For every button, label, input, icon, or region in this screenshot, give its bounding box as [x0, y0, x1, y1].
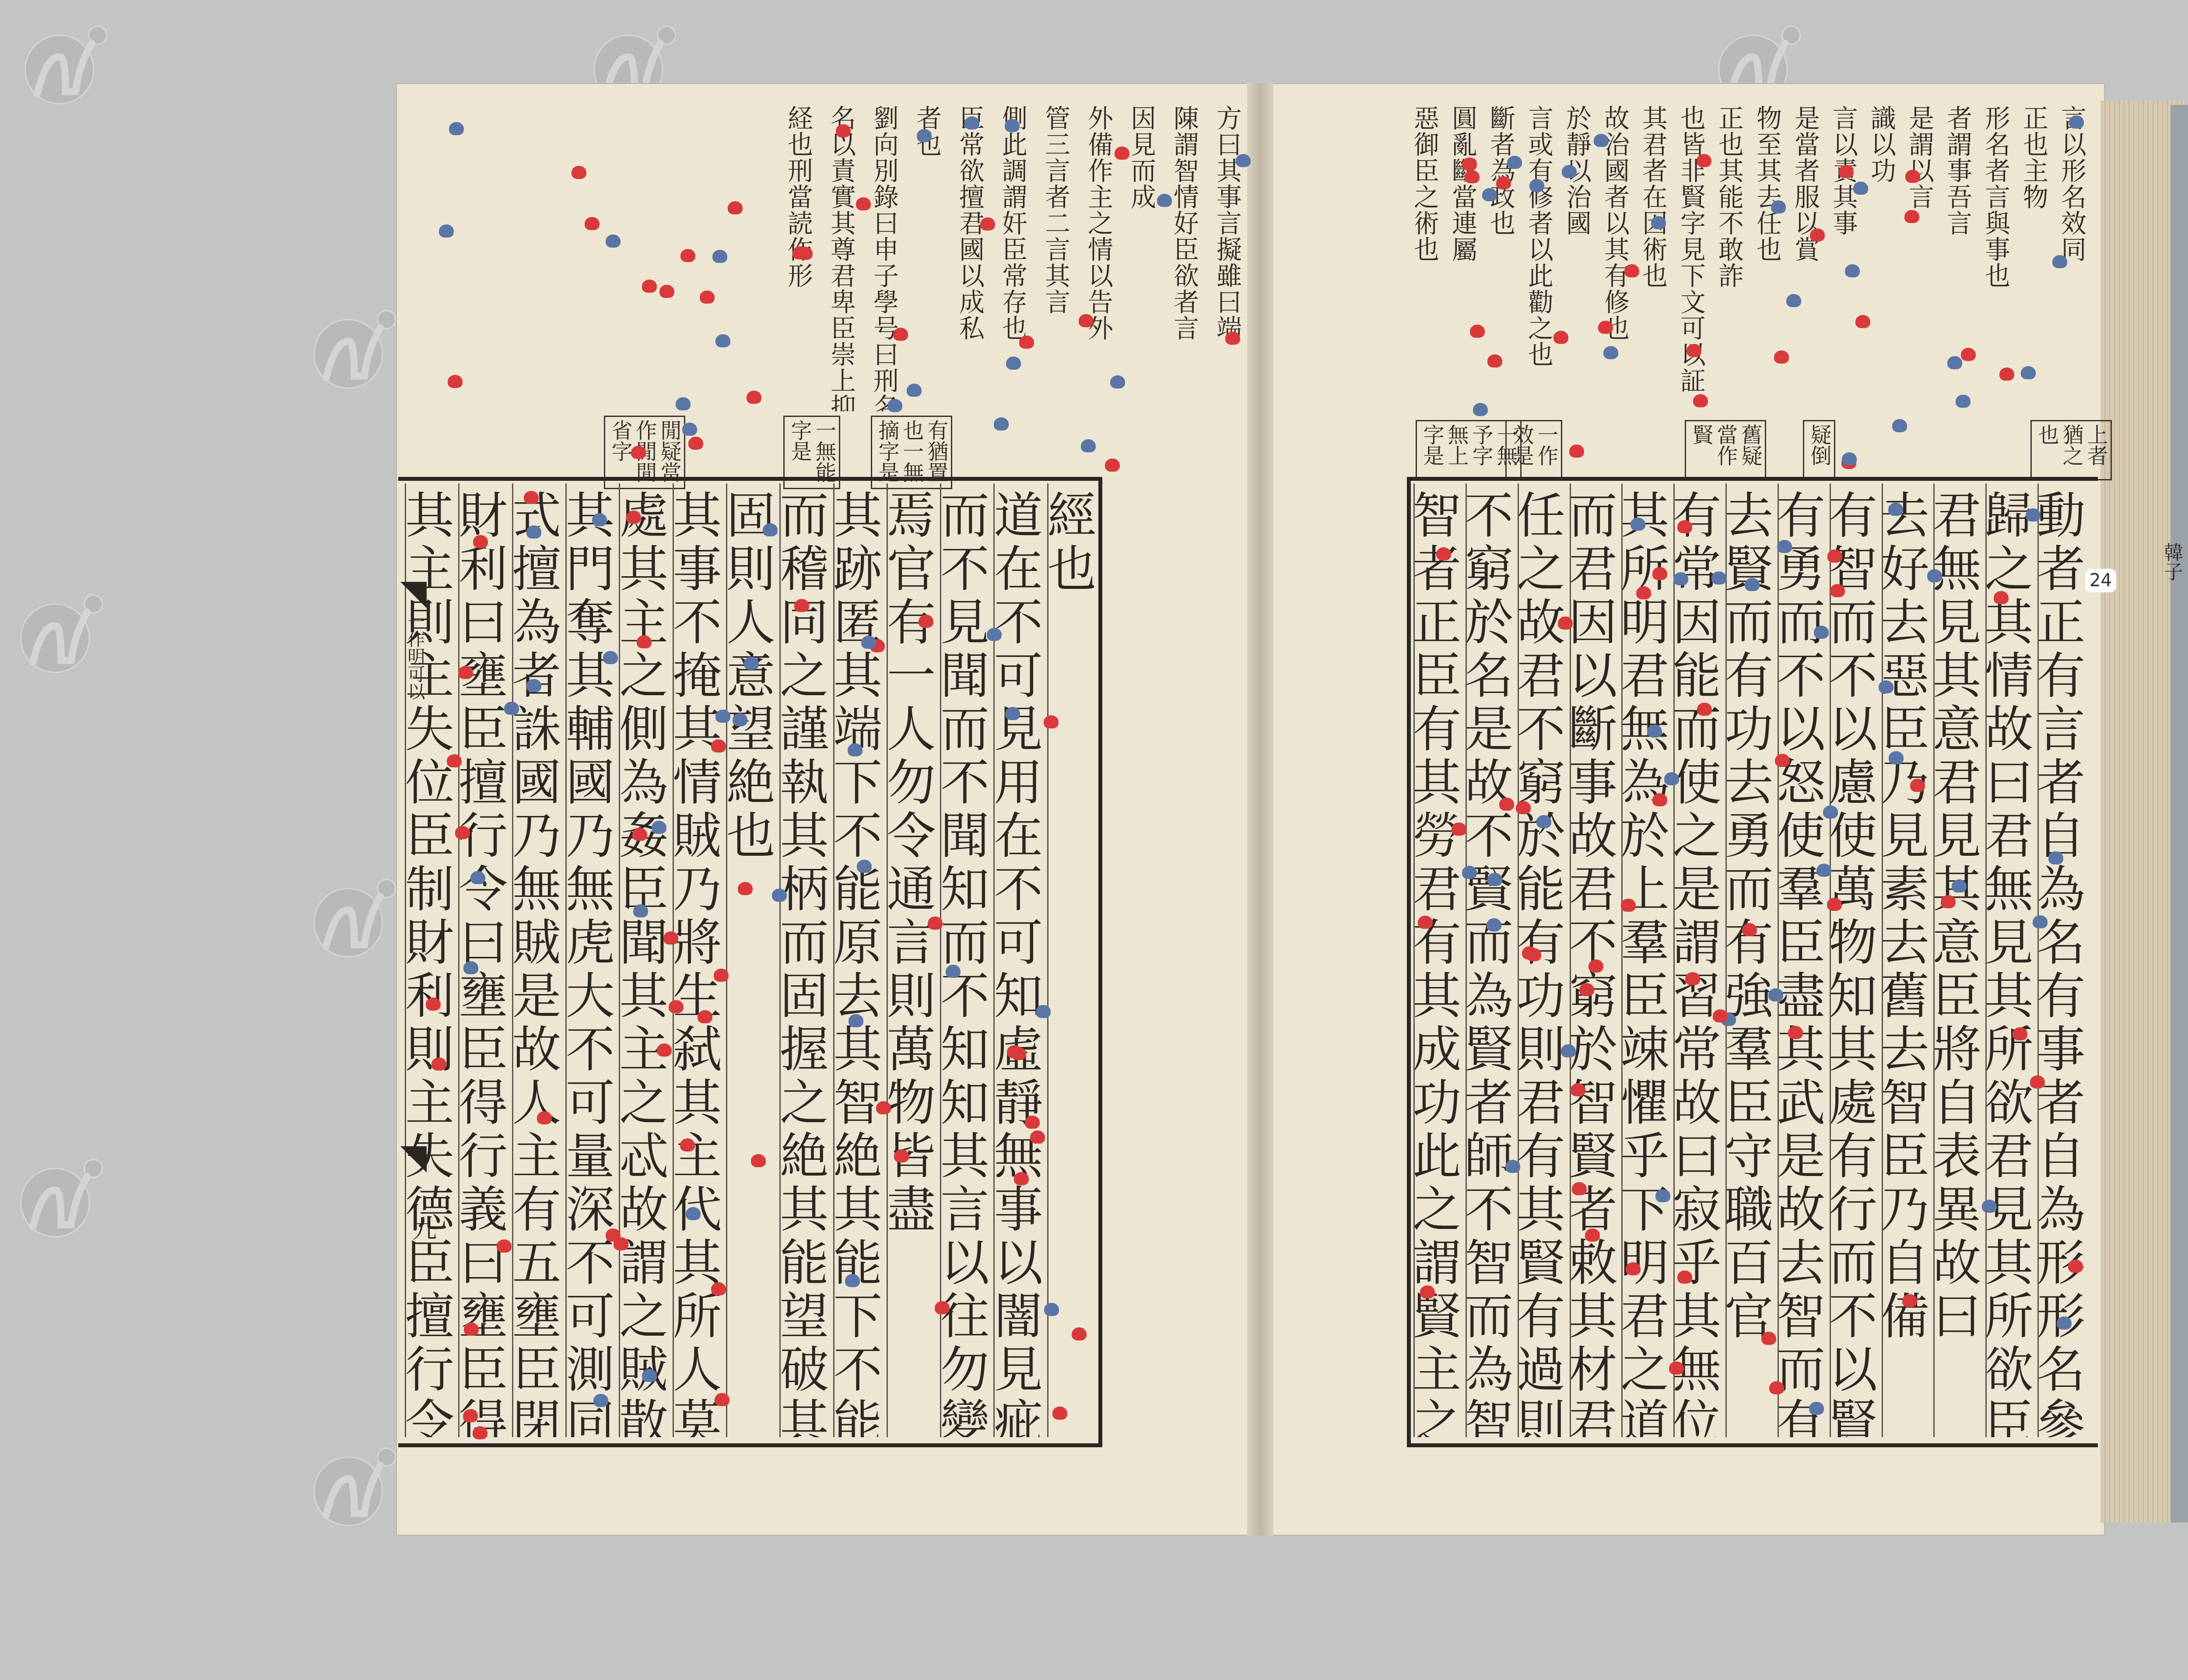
red-punctuation-mark [935, 1301, 950, 1314]
blue-punctuation-mark [1768, 988, 1783, 1001]
red-punctuation-mark [711, 739, 726, 752]
red-punctuation-mark [448, 375, 463, 388]
red-punctuation-mark [1687, 344, 1701, 357]
red-punctuation-mark [1465, 170, 1480, 183]
blue-punctuation-mark [845, 1274, 860, 1287]
main-text-column: 焉官有一人勿令通言則萬物皆盡 [887, 483, 940, 1437]
red-punctuation-mark [792, 246, 807, 259]
red-punctuation-mark [1775, 754, 1790, 767]
red-punctuation-mark [1572, 1182, 1587, 1195]
red-punctuation-mark [1420, 1285, 1435, 1298]
red-punctuation-mark [1994, 591, 2009, 604]
red-punctuation-mark [894, 1149, 909, 1162]
nishogakusha-logo-icon [9, 1146, 109, 1247]
red-punctuation-mark [1418, 916, 1433, 929]
nishogakusha-logo-icon [13, 13, 114, 114]
blue-punctuation-mark [1036, 1005, 1051, 1018]
blue-punctuation-mark [1005, 119, 1020, 132]
red-punctuation-mark [1025, 1116, 1040, 1129]
headnote-column: 劉向別錄曰申子學号曰刑名者 [868, 105, 900, 411]
blue-punctuation-mark [715, 710, 730, 723]
red-punctuation-mark [711, 1282, 726, 1295]
blue-punctuation-mark [763, 523, 778, 536]
main-text-column: 其門奪其輔國乃無虎大不可量深不可測同合刑名審驗法 [565, 483, 619, 1437]
blue-punctuation-mark [1487, 873, 1502, 886]
blue-punctuation-mark [2021, 366, 2036, 379]
red-punctuation-mark [663, 931, 678, 945]
red-punctuation-mark [1636, 586, 1651, 599]
blue-punctuation-mark [1879, 680, 1893, 693]
blue-punctuation-mark [907, 384, 922, 397]
red-punctuation-mark [1436, 547, 1451, 560]
blue-punctuation-mark [887, 399, 902, 412]
red-punctuation-mark [1693, 394, 1708, 407]
blue-punctuation-mark [526, 525, 541, 539]
blue-punctuation-mark [2048, 851, 2063, 864]
blue-punctuation-mark [1110, 375, 1125, 388]
red-punctuation-mark [2030, 1075, 2045, 1088]
main-text-column: 而不見聞而不聞知而不知知其言以往勿變勿更以參合閱 [940, 483, 993, 1437]
blue-punctuation-mark [1809, 1402, 1824, 1415]
headnote-column: 言以責其事 [1832, 105, 1859, 411]
blue-punctuation-mark [449, 122, 464, 135]
red-punctuation-mark [738, 882, 753, 895]
blue-punctuation-mark [652, 821, 666, 834]
red-punctuation-mark [1697, 703, 1712, 716]
red-punctuation-mark [1569, 444, 1584, 458]
blue-punctuation-mark [1562, 165, 1577, 178]
blue-punctuation-mark [592, 513, 607, 526]
blue-punctuation-mark [1236, 154, 1251, 167]
red-punctuation-mark [1105, 458, 1120, 472]
red-punctuation-mark [537, 1111, 552, 1124]
headnote-column: 識以功 [1870, 105, 1897, 411]
blue-punctuation-mark [1630, 518, 1645, 531]
headnote-column: 圓亂斷當連屬 [1452, 105, 1478, 411]
red-punctuation-mark [1079, 314, 1094, 327]
red-punctuation-mark [1585, 1228, 1600, 1242]
red-punctuation-mark [426, 997, 441, 1011]
headnote-column: 惡御臣之術也 [1413, 105, 1440, 411]
blue-punctuation-mark [715, 334, 730, 347]
book-gutter [1247, 83, 1273, 1536]
main-text-column: 道在不可見用在不可知虛靜無事以闇見疵見 [993, 483, 1047, 1437]
blue-punctuation-mark [2033, 915, 2048, 928]
page-number-sticker: 24 [2085, 569, 2116, 592]
boxed-note: 一作效是 [1505, 420, 1562, 480]
red-punctuation-mark [1652, 567, 1667, 580]
red-punctuation-mark [1902, 1294, 1917, 1307]
blue-punctuation-mark [1888, 503, 1903, 516]
headnote-column: 方曰其事言擬雖曰端 [1211, 105, 1243, 411]
red-punctuation-mark [1761, 1332, 1776, 1345]
red-punctuation-mark [1827, 549, 1842, 563]
blue-punctuation-mark [849, 1014, 863, 1027]
blue-punctuation-mark [1777, 540, 1792, 553]
blue-punctuation-mark [593, 1394, 608, 1407]
folio-fishtail-top [400, 582, 427, 608]
blue-punctuation-mark [1157, 194, 1172, 207]
nishogakusha-logo-icon [302, 297, 403, 398]
blue-punctuation-mark [439, 224, 454, 238]
blue-punctuation-mark [642, 1369, 657, 1382]
nishogakusha-logo-icon [302, 1435, 403, 1536]
red-punctuation-mark [1742, 923, 1757, 936]
red-punctuation-mark [1052, 1407, 1067, 1420]
red-punctuation-mark [1810, 228, 1825, 241]
red-punctuation-mark [464, 1323, 479, 1336]
red-punctuation-mark [473, 1426, 487, 1439]
folio-number: 九 [405, 1216, 440, 1241]
blue-punctuation-mark [1814, 626, 1829, 639]
headnote-column: 形名者言與事也 [1985, 105, 2011, 411]
blue-punctuation-mark [463, 961, 478, 974]
main-text-column: 其所明君無為於上羣臣竦懼乎下明君之道使智者盡其慮 [1621, 483, 1673, 1437]
blue-punctuation-mark [1536, 815, 1551, 828]
red-punctuation-mark [1558, 616, 1573, 630]
headnote-column: 者也 [911, 105, 943, 411]
blue-punctuation-mark [1947, 356, 1962, 369]
main-text-column: 財利曰壅臣擅行令曰壅臣得行義曰壅臣得樹人曰壅臣閉 [458, 483, 512, 1437]
red-punctuation-mark [1522, 946, 1537, 959]
headnote-column: 故治國者以其有修也 [1604, 105, 1630, 411]
red-punctuation-mark [928, 917, 943, 930]
red-punctuation-mark [919, 615, 933, 628]
red-punctuation-mark [1115, 147, 1129, 160]
blue-punctuation-mark [1786, 294, 1801, 307]
nishogakusha-logo-icon [9, 582, 109, 682]
red-punctuation-mark [751, 1154, 766, 1167]
blue-punctuation-mark [1842, 452, 1857, 465]
red-punctuation-mark [680, 1138, 695, 1151]
red-punctuation-mark [1499, 798, 1514, 811]
red-punctuation-mark [1014, 1172, 1029, 1185]
main-text-column: 動者正有言者自為名有事者自為形形名參同君乃無事焉 [2037, 483, 2090, 1437]
blue-punctuation-mark [682, 423, 697, 436]
main-text-column: 而稽同之謹執其柄而固握之絶其能望破其意毋使人欲之 [779, 483, 833, 1437]
red-punctuation-mark [2068, 1260, 2083, 1273]
red-punctuation-mark [1961, 348, 1976, 361]
headnote-column: 正也主物 [2023, 105, 2049, 411]
blue-punctuation-mark [712, 250, 727, 263]
blue-punctuation-mark [917, 129, 932, 142]
red-punctuation-mark [1626, 1262, 1641, 1275]
red-punctuation-mark [473, 535, 488, 548]
blue-punctuation-mark [1081, 439, 1096, 452]
blue-punctuation-mark [1561, 1044, 1576, 1057]
headnote-column: 言或有修者以此勸之也 [1528, 105, 1554, 411]
headnote-column: 名以責實其尊君卑臣崇上抑下 [825, 105, 857, 411]
blue-punctuation-mark [1655, 1189, 1670, 1202]
boxed-note: 疑倒 [1803, 420, 1835, 480]
blue-punctuation-mark [1816, 864, 1831, 877]
red-punctuation-mark [728, 201, 743, 214]
blue-punctuation-mark [772, 889, 787, 902]
folio-fishtail-bottom [400, 1146, 427, 1172]
blue-punctuation-mark [1853, 182, 1868, 195]
headnote-column: 因見而成 [1126, 105, 1157, 411]
blue-punctuation-mark [1594, 134, 1609, 147]
headnote-column: 也皆非賢字見下文可以証 [1680, 105, 1707, 411]
red-punctuation-mark [1999, 367, 2014, 381]
red-punctuation-mark [659, 285, 674, 298]
red-punctuation-mark [572, 166, 586, 179]
red-punctuation-mark [463, 1409, 478, 1422]
red-punctuation-mark [669, 1000, 684, 1013]
blue-punctuation-mark [994, 417, 1009, 430]
cover-edge [2170, 105, 2188, 1522]
red-punctuation-mark [2013, 1027, 2027, 1040]
red-punctuation-mark [1788, 1026, 1803, 1039]
blue-punctuation-mark [1952, 879, 1967, 892]
red-punctuation-mark [680, 249, 695, 262]
main-text-column: 固則人意望絶也 [726, 483, 779, 1437]
red-punctuation-mark [856, 197, 871, 210]
blue-punctuation-mark [606, 234, 621, 248]
blue-punctuation-mark [987, 628, 1002, 641]
blue-punctuation-mark [964, 116, 979, 129]
headnote-column: 陳謂智情好臣欲者言 [1168, 105, 1200, 411]
blue-punctuation-mark [1927, 569, 1942, 582]
blue-punctuation-mark [1664, 772, 1679, 785]
red-punctuation-mark [1697, 154, 1711, 167]
red-punctuation-mark [1072, 1327, 1087, 1340]
red-punctuation-mark [585, 217, 600, 230]
red-punctuation-mark [1044, 715, 1059, 728]
red-punctuation-mark [1910, 779, 1925, 792]
left-main-text: 經也道在不可見用在不可知虛靜無事以闇見疵見而不見聞而不聞知而不知知其言以往勿變勿… [405, 483, 1101, 1437]
red-punctuation-mark [632, 828, 647, 841]
blue-punctuation-mark [1647, 724, 1662, 738]
red-punctuation-mark [657, 1043, 672, 1057]
blue-punctuation-mark [603, 651, 618, 664]
red-punctuation-mark [1019, 336, 1034, 349]
headnote-column: 正也其能不敢詐 [1718, 105, 1745, 411]
blue-punctuation-mark [2052, 255, 2067, 268]
red-punctuation-mark [497, 1239, 512, 1253]
right-main-text: 動者正有言者自為名有事者自為形形名參同君乃無事焉歸之其情故曰君無見其所欲君見其所… [1413, 483, 2090, 1437]
red-punctuation-mark [700, 290, 715, 304]
nishogakusha-logo-icon [302, 866, 403, 967]
red-punctuation-mark [614, 1237, 628, 1250]
red-punctuation-mark [1855, 315, 1870, 328]
blue-punctuation-mark [1892, 419, 1907, 432]
blue-punctuation-mark [1956, 395, 1971, 408]
red-punctuation-mark [1487, 354, 1502, 367]
red-punctuation-mark [1769, 1381, 1784, 1394]
blue-punctuation-mark [2026, 508, 2041, 521]
blue-punctuation-mark [504, 702, 519, 715]
red-punctuation-mark [1462, 157, 1477, 171]
blue-punctuation-mark [1889, 751, 1904, 764]
blue-punctuation-mark [1771, 200, 1786, 213]
headnote-column: 是謂以言 [1908, 105, 1935, 411]
blue-punctuation-mark [1982, 1200, 1997, 1213]
main-text-column: 有智而不以慮使萬物知其處有行而不以賢觀臣下之所因 [1830, 483, 1882, 1437]
red-punctuation-mark [1827, 898, 1842, 911]
blue-punctuation-mark [733, 713, 747, 726]
red-punctuation-mark [1713, 1009, 1728, 1022]
blue-punctuation-mark [470, 871, 485, 884]
red-punctuation-mark [1571, 1083, 1585, 1096]
blue-punctuation-mark [2057, 1316, 2072, 1330]
red-punctuation-mark [698, 1010, 712, 1023]
red-punctuation-mark [893, 328, 908, 341]
red-punctuation-mark [1470, 325, 1485, 338]
blue-punctuation-mark [1711, 571, 1726, 584]
blue-punctuation-mark [946, 965, 961, 978]
blue-punctuation-mark [1507, 156, 1522, 169]
blue-punctuation-mark [861, 636, 876, 649]
blue-punctuation-mark [1529, 179, 1544, 192]
blue-punctuation-mark [1487, 918, 1501, 931]
blue-punctuation-mark [633, 904, 648, 917]
red-punctuation-mark [1669, 1361, 1684, 1375]
main-text-column: 君無見其意君見其意臣將自表異故曰 [1933, 483, 1985, 1437]
red-punctuation-mark [631, 446, 646, 459]
red-punctuation-mark [980, 217, 995, 231]
boxed-note: 舊疑當作賢 [1685, 420, 1766, 480]
red-punctuation-mark [637, 635, 652, 648]
margin-variant-note: 一作明可以 [403, 612, 428, 700]
red-punctuation-mark [1941, 895, 1956, 908]
red-punctuation-mark [1774, 350, 1789, 364]
blue-punctuation-mark [857, 860, 872, 873]
edge-title: 韓子 [2157, 542, 2185, 581]
red-punctuation-mark [431, 1057, 446, 1071]
red-punctuation-mark [447, 754, 462, 767]
blue-punctuation-mark [744, 657, 759, 670]
red-punctuation-mark [688, 437, 703, 450]
main-text-column: 不窮於名是故不賢而為賢者師不智而為智者正 [1466, 483, 1518, 1437]
red-punctuation-mark [642, 280, 657, 293]
red-punctuation-mark [1905, 170, 1920, 183]
headnote-column: 臣常欲擅君國以成私 [954, 105, 985, 411]
blue-punctuation-mark [686, 1207, 701, 1220]
red-punctuation-mark [876, 1101, 891, 1114]
red-punctuation-mark [1652, 793, 1667, 806]
headnote-column: 於靜以治國 [1566, 105, 1592, 411]
red-punctuation-mark [1516, 801, 1531, 814]
red-punctuation-mark [1452, 822, 1466, 836]
blue-punctuation-mark [1745, 578, 1760, 591]
blue-punctuation-mark [1005, 707, 1020, 720]
headnote-column: 物至其去任也 [1756, 105, 1783, 411]
main-text-column: 其跡匿其端下不能原去其智絶其能下不能意保吾所以往 [833, 483, 887, 1437]
blue-punctuation-mark [1006, 357, 1021, 370]
red-punctuation-mark [1496, 176, 1511, 189]
boxed-note: 上者猶之也 [2030, 420, 2112, 480]
red-punctuation-mark [747, 391, 761, 404]
main-text-column: 有常因能而使之是謂習常故曰寂乎其無位而處漻乎莫得 [1673, 483, 1725, 1437]
blue-punctuation-mark [1505, 1160, 1520, 1173]
red-punctuation-mark [1839, 165, 1854, 178]
red-punctuation-mark [1677, 520, 1692, 533]
main-text-column: 歸之其情故曰君無見其所欲君見其所欲臣自將雕琢 [1985, 483, 2037, 1437]
red-punctuation-mark [458, 666, 473, 679]
blue-punctuation-mark [1823, 805, 1838, 819]
red-punctuation-mark [1621, 899, 1636, 912]
blue-punctuation-mark [526, 679, 541, 692]
blue-punctuation-mark [2069, 115, 2084, 129]
red-punctuation-mark [836, 124, 851, 137]
red-punctuation-mark [1904, 210, 1919, 223]
blue-punctuation-mark [1673, 572, 1688, 585]
blue-punctuation-mark [1651, 216, 1666, 229]
red-punctuation-mark [524, 491, 539, 504]
red-punctuation-mark [1588, 959, 1603, 973]
main-text-column: 式擅為者誅國乃無賊是故人主有五壅臣閉其主曰壅臣制 [512, 483, 565, 1437]
red-punctuation-mark [1579, 983, 1594, 996]
red-punctuation-mark [1030, 1130, 1045, 1144]
headnote-column: 外備作主之情以告外 [1083, 105, 1114, 411]
blue-punctuation-mark [1473, 403, 1488, 416]
headnote-column: 管三言者二言其言 [1040, 105, 1071, 411]
red-punctuation-mark [1553, 331, 1568, 344]
blue-punctuation-mark [1044, 1303, 1059, 1316]
blue-punctuation-mark [676, 397, 691, 410]
blue-punctuation-mark [1482, 188, 1497, 201]
red-punctuation-mark [1830, 584, 1845, 597]
red-punctuation-mark [794, 599, 809, 612]
main-text-column: 去賢而有功去勇而有強羣臣守職百官 [1725, 483, 1778, 1437]
blue-punctuation-mark [1845, 264, 1860, 277]
red-punctuation-mark [714, 969, 729, 982]
red-punctuation-mark [1598, 321, 1613, 334]
red-punctuation-mark [1624, 264, 1639, 277]
main-text-column: 經也 [1047, 483, 1101, 1437]
blue-punctuation-mark [848, 743, 863, 756]
red-punctuation-mark [715, 1393, 729, 1406]
blue-punctuation-mark [1603, 346, 1618, 359]
red-punctuation-mark [455, 826, 470, 839]
red-punctuation-mark [1007, 1045, 1022, 1058]
headnote-column: 是當者服以賞 [1794, 105, 1821, 411]
red-punctuation-mark [1677, 1270, 1692, 1284]
headnote-column: 其君者在因術也 [1642, 105, 1669, 411]
red-punctuation-mark [626, 511, 641, 524]
blue-punctuation-mark [1462, 866, 1477, 879]
main-text-column: 處其主之側為姦臣聞其主之忒故謂之賊散其黨收其餘閉 [619, 483, 672, 1437]
red-punctuation-mark [1225, 332, 1240, 345]
red-punctuation-mark [1685, 972, 1700, 985]
